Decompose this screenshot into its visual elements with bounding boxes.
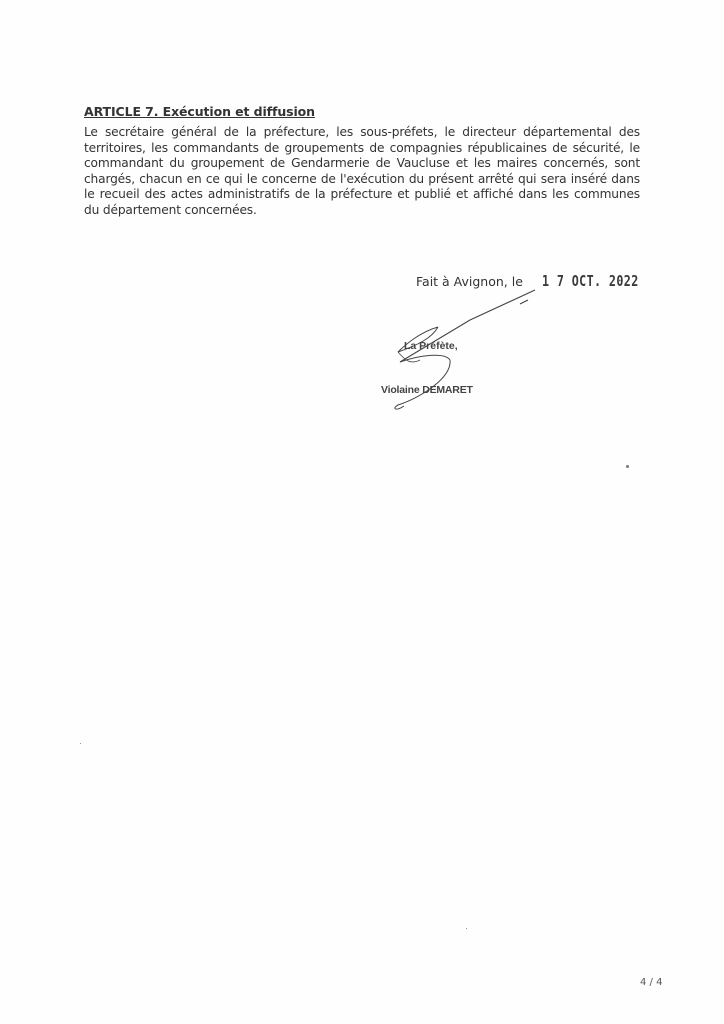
document-page: ARTICLE 7. Exécution et diffusion Le sec…: [0, 0, 724, 1024]
article-body: Le secrétaire général de la préfecture, …: [84, 125, 640, 219]
scan-speck: [626, 465, 629, 468]
signer-name: Violaine DEMARET: [381, 384, 473, 396]
article-title: ARTICLE 7. Exécution et diffusion: [84, 104, 315, 119]
scan-speck: [80, 743, 81, 744]
date-stamp: 1 7 OCT. 2022: [542, 272, 639, 290]
signer-title: La Préfète,: [404, 340, 458, 352]
place-date-label: Fait à Avignon, le: [416, 274, 523, 289]
page-number: 4 / 4: [640, 977, 662, 988]
scan-speck: [466, 928, 467, 929]
